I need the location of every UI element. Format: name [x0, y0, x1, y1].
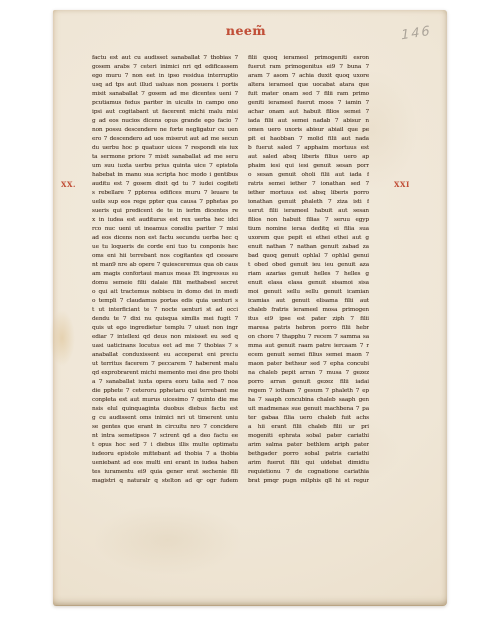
- manuscript-text-line: tes iuramentu ei9 quia gener erat sechen…: [92, 468, 238, 477]
- manuscript-text-line: on chore 7 thapphu 7 recem 7 samma sa: [248, 333, 369, 342]
- manuscript-text-line: phaim iesi qui iesi genuit sesan porr: [248, 162, 369, 171]
- text-column-left: factu est aut cu audisset sanaballat 7 t…: [92, 54, 238, 488]
- manuscript-text-line: ionathan genuit phaleth 7 ziza isti f: [248, 198, 369, 207]
- manuscript-text-line: iada filii aut semei nadab 7 abisur n: [248, 117, 369, 126]
- manuscript-text-line: auditu est 7 gosem dixit qd tu 7 iudei c…: [92, 180, 238, 189]
- manuscript-text-line: uit madmenas sue genuit machbena 7 pa: [248, 405, 369, 414]
- manuscript-text-line: die pphete 7 ceteroru pphetaru qui terre…: [92, 387, 238, 396]
- running-title-rubric: neem̃: [211, 23, 281, 38]
- manuscript-text-line: misit sanaballat 7 gosem ad me dicentes …: [92, 90, 238, 99]
- chapter-numeral-left-margin: XX.: [61, 180, 76, 189]
- manuscript-text-line: oms eni hii terrebant nos cogitantes qd …: [92, 252, 238, 261]
- manuscript-text-line: ipsi aut cogitabant ut facerent michi ma…: [92, 108, 238, 117]
- parchment-page: neem̃ 146 XX. XXI factu est aut cu audis…: [53, 10, 447, 606]
- manuscript-text-line: du uerbu hoc p quatuor uices 7 respondi …: [92, 144, 238, 153]
- manuscript-text-line: icamias aut genuit elisama filii aut: [248, 297, 369, 306]
- manuscript-text-line: qd exprobrarent michi memento mei dne pr…: [92, 369, 238, 378]
- manuscript-text-line: non possu descendere ne forte negligatur…: [92, 126, 238, 135]
- manuscript-text-line: enuit elasa elasa genuit sisamoi sisa: [248, 279, 369, 288]
- manuscript-text-line: maon pater bethsur sed 7 epha concubi: [248, 360, 369, 369]
- manuscript-text-line: x in iudea est auditurus est rex uerba h…: [92, 216, 238, 225]
- manuscript-text-line: uxorem que pepit ei ethei ethei aut g: [248, 234, 369, 243]
- manuscript-text-line: factu est aut cu audisset sanaballat 7 t…: [92, 54, 238, 63]
- manuscript-text-line: a hii erant filii chaleb filii ur pri: [248, 423, 369, 432]
- manuscript-text-line: iudeoru epistole mittebant ad thobia 7 a…: [92, 450, 238, 459]
- manuscript-text-line: t obed obed genuit ieu ieu genuit aza: [248, 261, 369, 270]
- manuscript-text-line: domu semeie filii dalaie filii methabeel…: [92, 279, 238, 288]
- manuscript-text-line: a 7 sanaballat iuxta opera eoru talia se…: [92, 378, 238, 387]
- manuscript-text-line: ediar 7 intellexi qd deus non misisset e…: [92, 333, 238, 342]
- manuscript-text-line: o sesan genuit oholi filii aut iada f: [248, 171, 369, 180]
- manuscript-text-line: o templi 7 claudamus portas edis quia ue…: [92, 297, 238, 306]
- manuscript-text-line: mogeniti ephrata sobal pater cariathi: [248, 432, 369, 441]
- manuscript-text-line: nt man9 nre ab opere 7 quiesceremus qua …: [92, 261, 238, 270]
- manuscript-scan: neem̃ 146 XX. XXI factu est aut cu audis…: [0, 0, 500, 625]
- manuscript-text-line: pit ei haobban 7 molid filii aut nada: [248, 135, 369, 144]
- manuscript-text-line: achar onam aut habuit filios semei 7: [248, 108, 369, 117]
- manuscript-text-line: riam azarias genuit helles 7 helles g: [248, 270, 369, 279]
- manuscript-text-line: uasi uaticinans locutus eet ad me 7 thob…: [92, 342, 238, 351]
- manuscript-text-line: pcutiamus fedus pariter in uiculis in ca…: [92, 99, 238, 108]
- manuscript-text-line: rco nuc ueni ut ineamus consiliu pariter…: [92, 225, 238, 234]
- manuscript-text-line: habebat in manu sua scripta hoc modo i g…: [92, 171, 238, 180]
- manuscript-text-line: moi genuit sellu sellu genuit icamian: [248, 288, 369, 297]
- folio-number-pencil: 146: [401, 24, 432, 44]
- manuscript-text-line: ad eos dicens non est factu secundu uerb…: [92, 234, 238, 243]
- manuscript-text-line: maresa patris hebron porro filii hebr: [248, 324, 369, 333]
- manuscript-text-line: s rebellare 7 ppterea edifices muru 7 le…: [92, 189, 238, 198]
- manuscript-text-line: gosem arabs 7 ceteri inimici nri qd edif…: [92, 63, 238, 72]
- manuscript-text-line: mma aut genuit raam patre iercaam 7 r: [248, 342, 369, 351]
- manuscript-text-line: requietionu 7 de cognatione cariathia: [248, 468, 369, 477]
- manuscript-text-line: ue tu loqueris de corde eni tuo tu conpo…: [92, 243, 238, 252]
- manuscript-text-line: bad quoq genuit ophlal 7 ophlal genui: [248, 252, 369, 261]
- manuscript-text-line: bethgader porro sobal patris cariathi: [248, 450, 369, 459]
- manuscript-text-line: um suu iuxta uerbu prius quinta uice 7 e…: [92, 162, 238, 171]
- text-column-right: filii quoq ierameel primogeniti esronfue…: [248, 54, 369, 488]
- manuscript-text-line: porro arran genuit gezez filii iadai: [248, 378, 369, 387]
- manuscript-text-line: aut saled absq liberis filius uero ap: [248, 153, 369, 162]
- manuscript-text-line: na chaleb pepit arran 7 musa 7 gezez: [248, 369, 369, 378]
- manuscript-text-line: fuerut ram primogenitus ei9 7 buna 7: [248, 63, 369, 72]
- manuscript-text-line: uerut filii ierameel habuit aut sesan: [248, 207, 369, 216]
- manuscript-text-line: usq ad tps aut illud ualuas non posuera …: [92, 81, 238, 90]
- parchment-stain: [49, 310, 75, 366]
- manuscript-text-line: omen uero uxoris abisur abiail que pe: [248, 126, 369, 135]
- manuscript-text-line: anaballat conduxissent eu acceperat eni …: [92, 351, 238, 360]
- manuscript-text-line: ratris semei iether 7 ionathan sed 7: [248, 180, 369, 189]
- manuscript-text-line: filii quoq ierameel primogeniti esron: [248, 54, 369, 63]
- manuscript-text-line: ueniebant ad eos multi eni erant in iude…: [92, 459, 238, 468]
- manuscript-text-line: fuit mater onam sed 7 filii ram primo: [248, 90, 369, 99]
- manuscript-text-line: nsis elul quinquaginta duobus diebus fac…: [92, 405, 238, 414]
- manuscript-text-line: dendu te 7 dixi nu quisqua similis mei f…: [92, 315, 238, 324]
- manuscript-text-line: geniti ierameel fuerut moos 7 iamin 7: [248, 99, 369, 108]
- manuscript-text-line: arim fuerut filii qui uidebat dimidiu: [248, 459, 369, 468]
- manuscript-text-line: magistri q naturalr q stelton ad qr ogr …: [92, 477, 238, 486]
- manuscript-text-line: tium nomine ieraa deditq ei filia sua: [248, 225, 369, 234]
- manuscript-text-line: regem 7 iotham 7 gesum 7 phaleth 7 ep: [248, 387, 369, 396]
- manuscript-text-line: brat pmqr pugn milphis qll hi st regur: [248, 477, 369, 486]
- manuscript-text-line: uelis sup eos rege ppter qua causa 7 pph…: [92, 198, 238, 207]
- manuscript-text-line: sueris qui predicent de te in ierlm dice…: [92, 207, 238, 216]
- manuscript-text-line: enuit nathan 7 nathan genuit zabad za: [248, 243, 369, 252]
- manuscript-text-line: chaleb fratris ierameel mosa primogen: [248, 306, 369, 315]
- manuscript-text-line: o qui ait tractemus nobiscu in domo dei …: [92, 288, 238, 297]
- manuscript-text-line: t opus hoc sed 7 i diebus illis multe op…: [92, 441, 238, 450]
- manuscript-text-line: iether mortuus est absq liberis porro: [248, 189, 369, 198]
- manuscript-text-line: quis ut ego ingredietur templu 7 uiuet n…: [92, 324, 238, 333]
- manuscript-text-line: g ad eos nucios dicens opus grande ego f…: [92, 117, 238, 126]
- manuscript-text-line: filios non habuit filias 7 seruu egyp: [248, 216, 369, 225]
- manuscript-text-line: nt intra semetipsos 7 scirent qd a deo f…: [92, 432, 238, 441]
- manuscript-text-line: ego muru 7 non eet in ipso residua inter…: [92, 72, 238, 81]
- manuscript-text-line: b fuerut saled 7 apphaim mortuus est: [248, 144, 369, 153]
- manuscript-text-line: ha 7 saaph concubina chaleb saaph gen: [248, 396, 369, 405]
- manuscript-text-line: aram 7 asom 7 achia duxit quoq uxore: [248, 72, 369, 81]
- chapter-numeral-right-margin: XXI: [394, 180, 410, 189]
- manuscript-text-line: itus ei9 ipse est pater ziph 7 filii: [248, 315, 369, 324]
- manuscript-text-line: altera ierameel que uocabat atara que: [248, 81, 369, 90]
- manuscript-text-line: arim salma pater bethlem ariph pater: [248, 441, 369, 450]
- manuscript-text-line: se gentes que erant in circuitu nro 7 co…: [92, 423, 238, 432]
- manuscript-text-line: ut territus facerem 7 peccarem 7 haberen…: [92, 360, 238, 369]
- manuscript-text-line: conpleta est aut murus uicesimo 7 quinto…: [92, 396, 238, 405]
- manuscript-text-line: ter gabaa filia uero chaleb fuit achs: [248, 414, 369, 423]
- manuscript-text-line: g cu audissent oms inimici nri ut timere…: [92, 414, 238, 423]
- manuscript-text-line: ero 7 descendero ad uos miserut aut ad m…: [92, 135, 238, 144]
- manuscript-text-line: ecem genuit semei filius semei maon 7: [248, 351, 369, 360]
- manuscript-text-line: t ut interficiant te 7 nocte uenturi st …: [92, 306, 238, 315]
- manuscript-text-line: ta sermone priore 7 misit sanaballat ad …: [92, 153, 238, 162]
- manuscript-text-line: am magis confortaui manus meas Et ingres…: [92, 270, 238, 279]
- parchment-stain: [93, 505, 243, 575]
